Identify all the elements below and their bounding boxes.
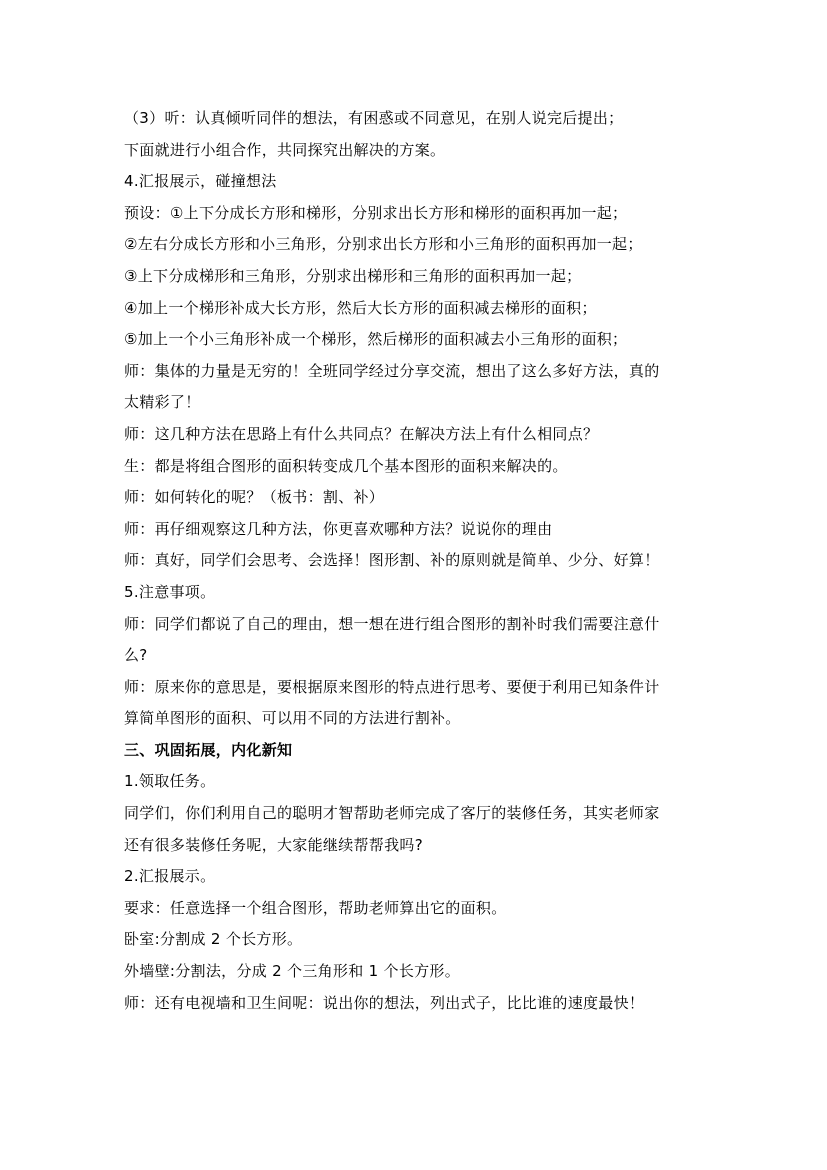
teacher-notes-question-line-2: 么? bbox=[124, 640, 714, 672]
heading-notes: 5.注意事项。 bbox=[124, 577, 714, 609]
requirement-line: 要求：任意选择一个组合图形，帮助老师算出它的面积。 bbox=[124, 893, 714, 925]
teacher-question-prefer: 师：再仔细观察这几种方法，你更喜欢哪种方法？说说你的理由 bbox=[124, 514, 714, 546]
bedroom-solution: 卧室:分割成 2 个长方形。 bbox=[124, 924, 714, 956]
preset-method-2: ②左右分成长方形和小三角形，分别求出长方形和小三角形的面积再加一起； bbox=[124, 229, 714, 261]
paragraph-listen-rule: （3）听：认真倾听同伴的想法，有困惑或不同意见，在别人说完后提出； bbox=[124, 103, 714, 135]
preset-method-5: ⑤加上一个小三角形补成一个梯形，然后梯形的面积减去小三角形的面积； bbox=[124, 324, 714, 356]
teacher-question-transform: 师：如何转化的呢？（板书：割、补） bbox=[124, 482, 714, 514]
paragraph-group-work: 下面就进行小组合作，共同探究出解决的方案。 bbox=[124, 135, 714, 167]
teacher-notes-summary-line-2: 算简单图形的面积、可以用不同的方法进行割补。 bbox=[124, 703, 714, 735]
teacher-praise-line-1: 师：集体的力量是无穷的！全班同学经过分享交流，想出了这么多好方法，真的 bbox=[124, 356, 714, 388]
exterior-wall-solution: 外墙壁:分割法，分成 2 个三角形和 1 个长方形。 bbox=[124, 956, 714, 988]
heading-receive-task: 1.领取任务。 bbox=[124, 766, 714, 798]
teacher-praise-line-2: 太精彩了！ bbox=[124, 387, 714, 419]
heading-report-display-2: 2.汇报展示。 bbox=[124, 861, 714, 893]
student-answer: 生：都是将组合图形的面积转变成几个基本图形的面积来解决的。 bbox=[124, 451, 714, 483]
preset-method-4: ④加上一个梯形补成大长方形，然后大长方形的面积减去梯形的面积； bbox=[124, 293, 714, 325]
teacher-notes-question-line-1: 师：同学们都说了自己的理由，想一想在进行组合图形的割补时我们需要注意什 bbox=[124, 609, 714, 641]
teacher-summary-principle: 师：真好，同学们会思考、会选择！图形割、补的原则就是简单、少分、好算！ bbox=[124, 545, 714, 577]
section-heading-consolidate: 三、巩固拓展，内化新知 bbox=[124, 735, 714, 767]
preset-method-1: 预设：①上下分成长方形和梯形，分别求出长方形和梯形的面积再加一起； bbox=[124, 198, 714, 230]
preset-method-3: ③上下分成梯形和三角形，分别求出梯形和三角形的面积再加一起； bbox=[124, 261, 714, 293]
document-page: （3）听：认真倾听同伴的想法，有困惑或不同意见，在别人说完后提出； 下面就进行小… bbox=[124, 103, 714, 1019]
task-intro-line-1: 同学们，你们利用自己的聪明才智帮助老师完成了客厅的装修任务，其实老师家 bbox=[124, 798, 714, 830]
teacher-question-common: 师：这几种方法在思路上有什么共同点？在解决方法上有什么相同点？ bbox=[124, 419, 714, 451]
teacher-challenge: 师：还有电视墙和卫生间呢：说出你的想法，列出式子，比比谁的速度最快！ bbox=[124, 988, 714, 1020]
task-intro-line-2: 还有很多装修任务呢，大家能继续帮帮我吗? bbox=[124, 830, 714, 862]
teacher-notes-summary-line-1: 师：原来你的意思是，要根据原来图形的特点进行思考、要便于利用已知条件计 bbox=[124, 672, 714, 704]
heading-report-display: 4.汇报展示，碰撞想法 bbox=[124, 166, 714, 198]
